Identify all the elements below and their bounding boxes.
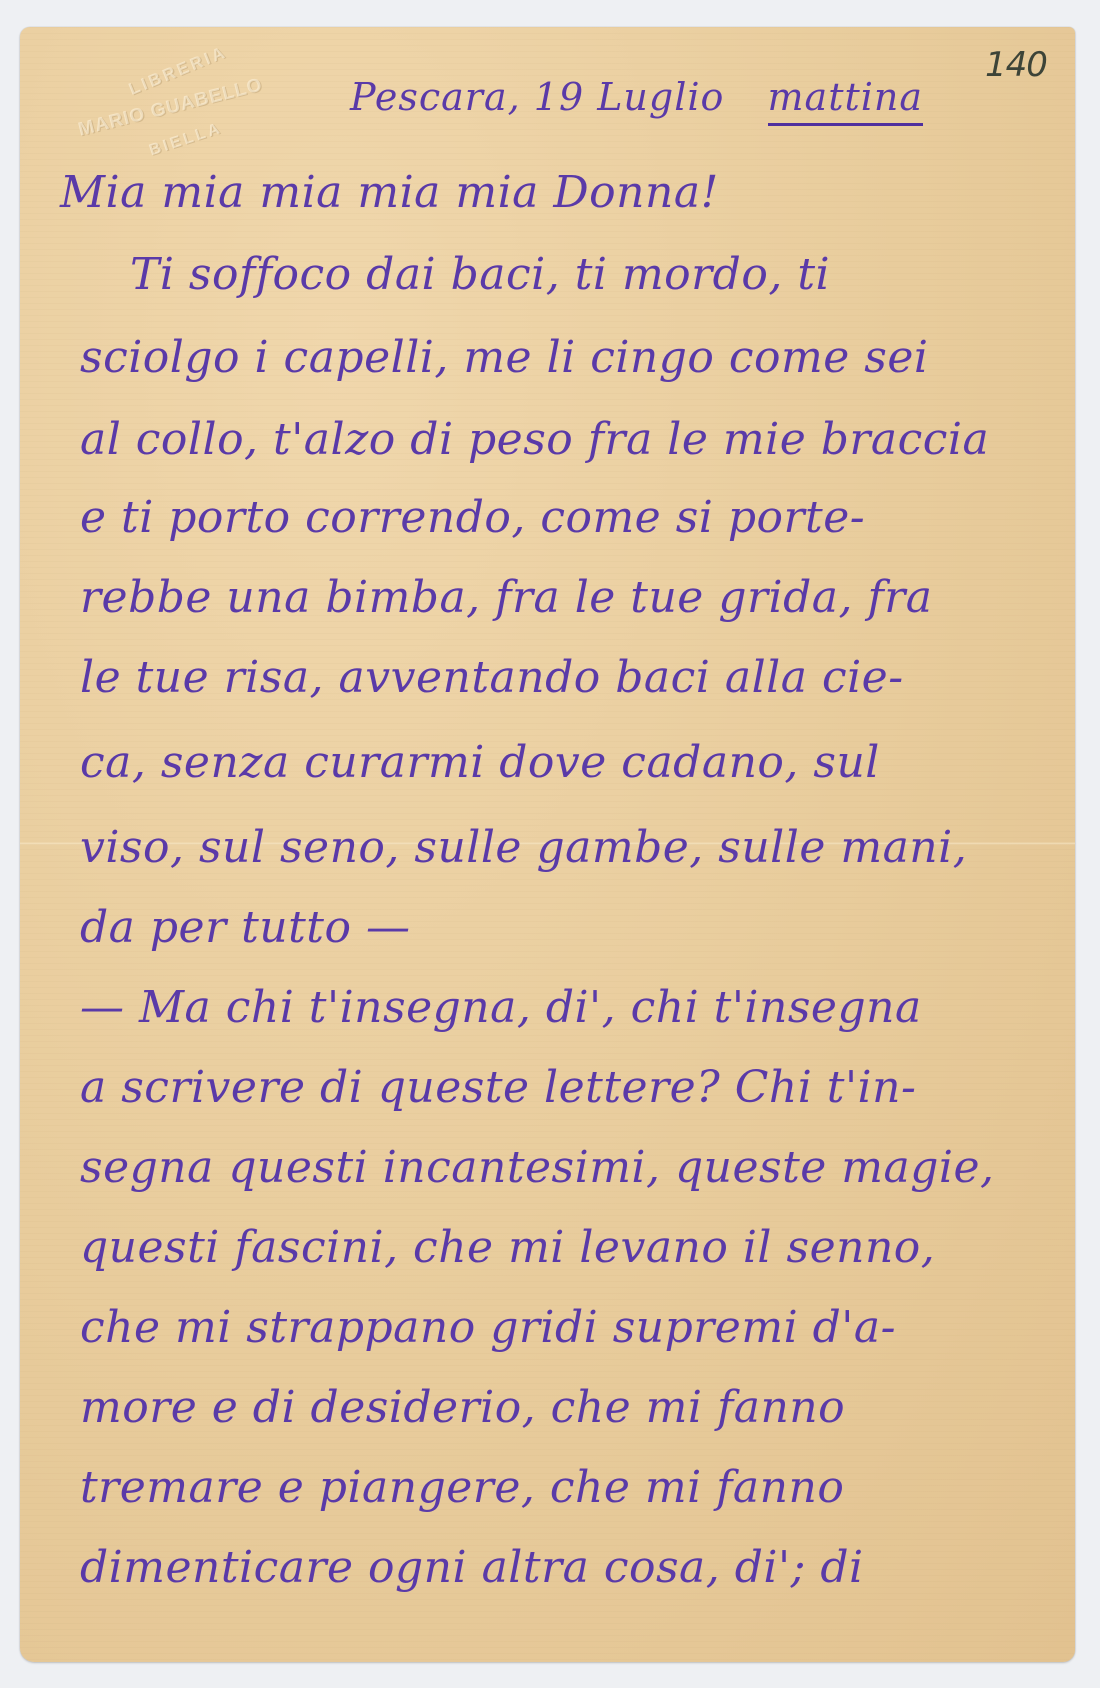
letter-line: viso, sul seno, sulle gambe, sulle mani, xyxy=(80,822,967,873)
letter-line: Mia mia mia mia mia Donna! xyxy=(60,167,719,218)
letter-line: more e di desiderio, che mi fanno xyxy=(80,1382,845,1433)
letter-line: da per tutto — xyxy=(80,902,410,953)
letter-line: a scrivere di queste lettere? Chi t'in- xyxy=(80,1062,916,1113)
letter-line: sciolgo i capelli, me li cingo come sei xyxy=(80,332,928,383)
place-date: Pescara, 19 Luglio xyxy=(350,75,724,119)
letter-line: le tue risa, avventando baci alla cie- xyxy=(80,652,904,703)
letter-line: al collo, t'alzo di peso fra le mie brac… xyxy=(80,414,989,465)
letter-line: che mi strappano gridi supremi d'a- xyxy=(80,1302,896,1353)
time-of-day: mattina xyxy=(768,75,924,126)
letter-page: LIBRERIA MARIO GUABELLO BIELLA 140 Pesca… xyxy=(20,27,1075,1662)
letter-line: tremare e piangere, che mi fanno xyxy=(80,1462,844,1513)
stamp-line-3: BIELLA xyxy=(147,120,225,161)
page-number: 140 xyxy=(985,45,1047,85)
letter-line: dimenticare ogni altra cosa, di'; di xyxy=(80,1542,864,1593)
letterhead-embossed-stamp: LIBRERIA MARIO GUABELLO BIELLA xyxy=(68,39,288,159)
letter-line: Ti soffoco dai baci, ti mordo, ti xyxy=(130,249,830,300)
letter-line: e ti porto correndo, come si porte- xyxy=(80,492,865,543)
letter-line: — Ma chi t'insegna, di', chi t'insegna xyxy=(80,982,922,1033)
letter-line: segna questi incantesimi, queste magie, xyxy=(80,1142,995,1193)
letter-line: ca, senza curarmi dove cadano, sul xyxy=(80,737,880,788)
dateline: Pescara, 19 Luglio mattina xyxy=(350,75,923,126)
letter-line: rebbe una bimba, fra le tue grida, fra xyxy=(80,572,933,623)
letter-line: questi fascini, che mi levano il senno, xyxy=(80,1222,935,1273)
